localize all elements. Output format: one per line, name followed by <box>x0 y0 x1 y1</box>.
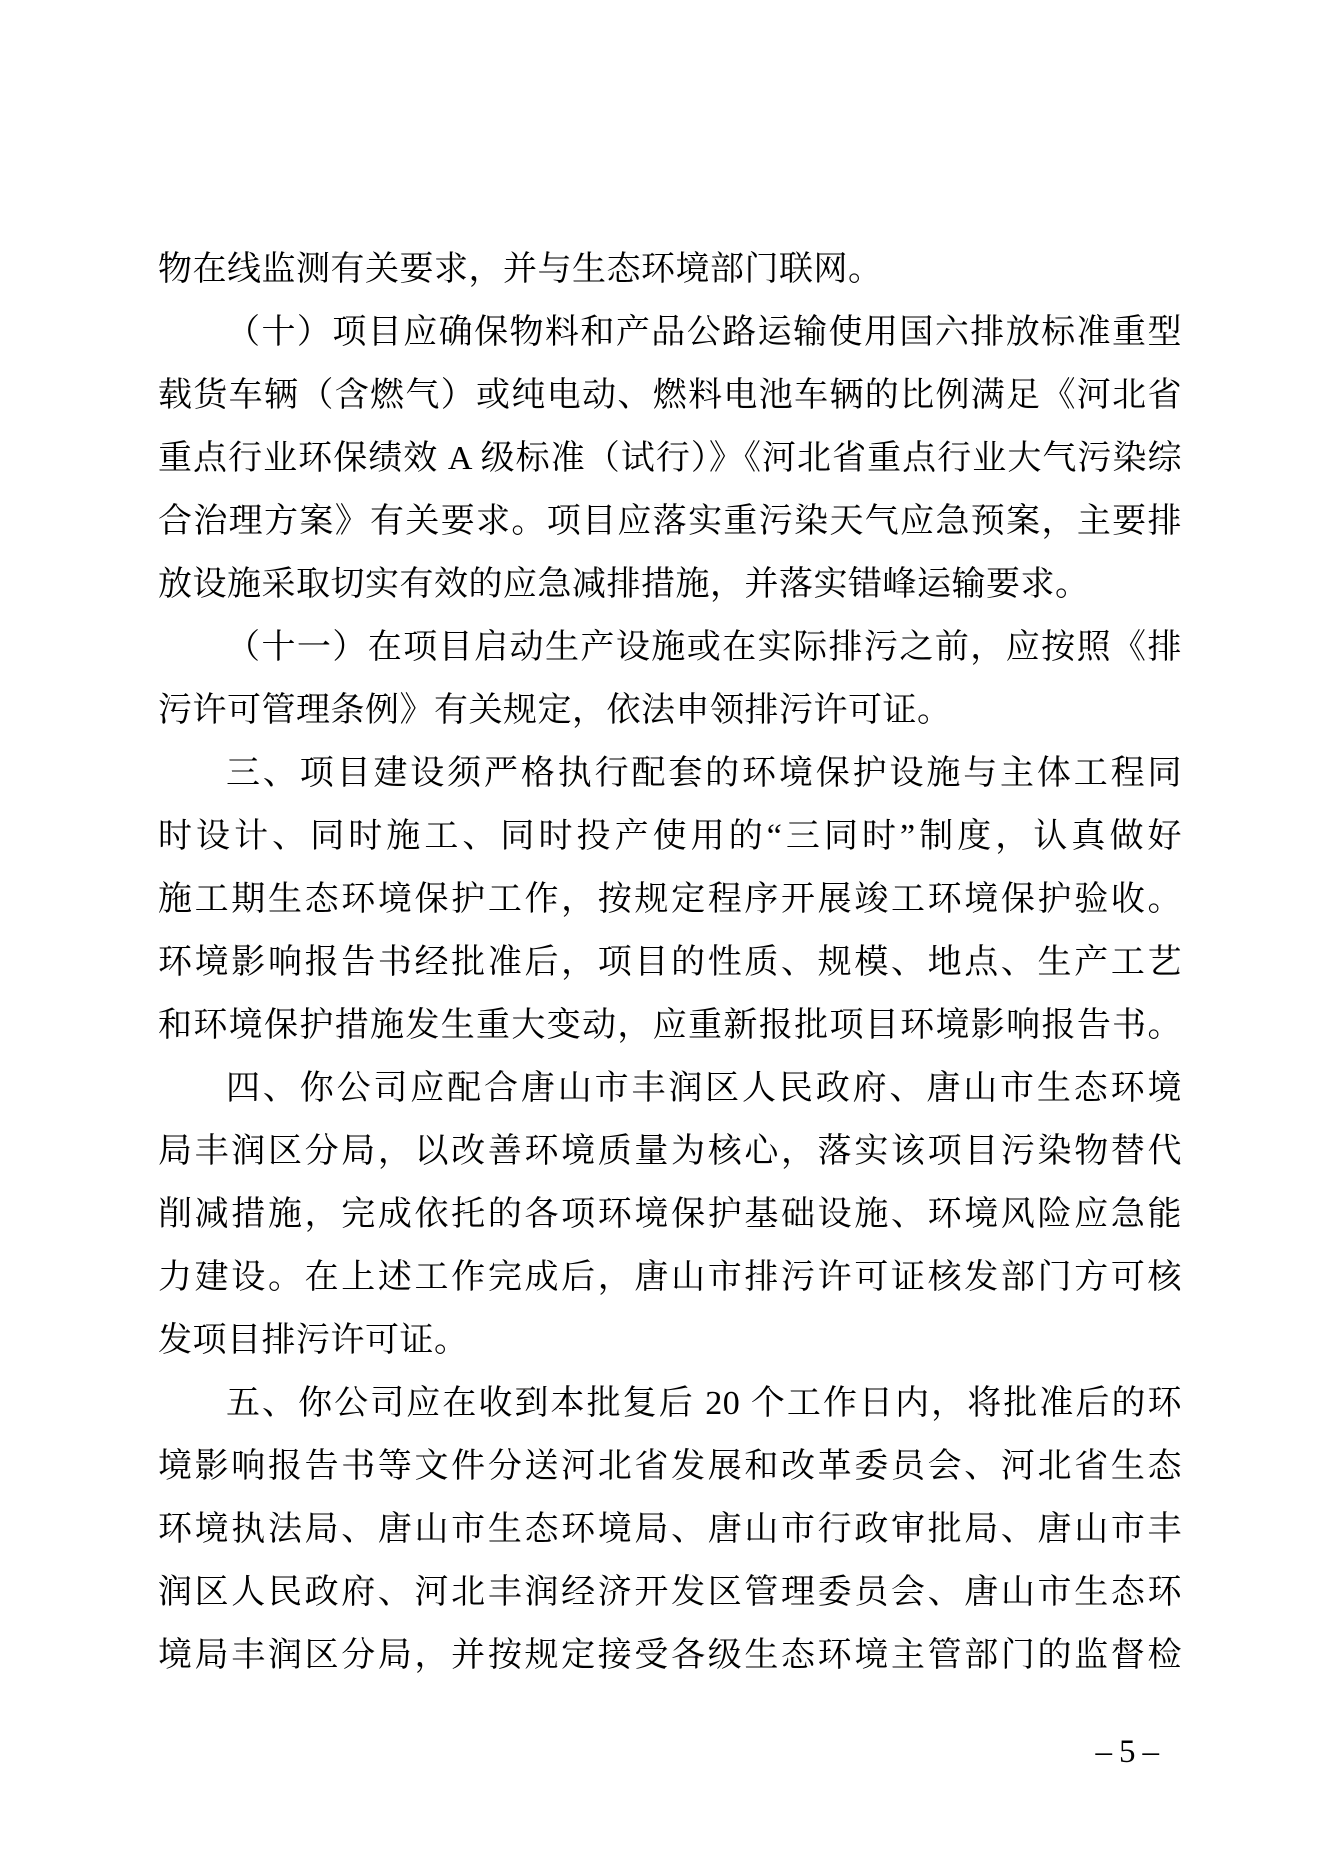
document-line: 环境执法局、唐山市生态环境局、唐山市行政审批局、唐山市丰 <box>158 1498 1182 1561</box>
page-number: –5– <box>1096 1732 1167 1772</box>
document-line: 力建设。在上述工作完成后，唐山市排污许可证核发部门方可核 <box>158 1246 1182 1309</box>
document-line: 五、你公司应在收到本批复后 20 个工作日内，将批准后的环 <box>158 1372 1182 1435</box>
page: 物在线监测有关要求，并与生态环境部门联网。（十）项目应确保物料和产品公路运输使用… <box>0 0 1322 1870</box>
document-line: 和环境保护措施发生重大变动，应重新报批项目环境影响报告书。 <box>158 994 1182 1057</box>
document-line: 境局丰润区分局，并按规定接受各级生态环境主管部门的监督检 <box>158 1624 1182 1687</box>
document-line: 四、你公司应配合唐山市丰润区人民政府、唐山市生态环境 <box>158 1057 1182 1120</box>
document-line: 载货车辆（含燃气）或纯电动、燃料电池车辆的比例满足《河北省 <box>158 364 1182 427</box>
document-line: 物在线监测有关要求，并与生态环境部门联网。 <box>158 238 1182 301</box>
document-line: 污许可管理条例》有关规定，依法申领排污许可证。 <box>158 679 1182 742</box>
document-line: 施工期生态环境保护工作，按规定程序开展竣工环境保护验收。 <box>158 868 1182 931</box>
document-line: 合治理方案》有关要求。项目应落实重污染天气应急预案，主要排 <box>158 490 1182 553</box>
document-line: 削减措施，完成依托的各项环境保护基础设施、环境风险应急能 <box>158 1183 1182 1246</box>
document-line: （十一）在项目启动生产设施或在实际排污之前，应按照《排 <box>158 616 1182 679</box>
document-line: 三、项目建设须严格执行配套的环境保护设施与主体工程同 <box>158 742 1182 805</box>
document-line: 重点行业环保绩效 A 级标准（试行）》《河北省重点行业大气污染综 <box>158 427 1182 490</box>
document-line: （十）项目应确保物料和产品公路运输使用国六排放标准重型 <box>158 301 1182 364</box>
document-line: 发项目排污许可证。 <box>158 1309 1182 1372</box>
document-line: 环境影响报告书经批准后，项目的性质、规模、地点、生产工艺 <box>158 931 1182 994</box>
document-body: 物在线监测有关要求，并与生态环境部门联网。（十）项目应确保物料和产品公路运输使用… <box>158 238 1182 1687</box>
document-line: 润区人民政府、河北丰润经济开发区管理委员会、唐山市生态环 <box>158 1561 1182 1624</box>
document-line: 放设施采取切实有效的应急减排措施，并落实错峰运输要求。 <box>158 553 1182 616</box>
document-line: 局丰润区分局，以改善环境质量为核心，落实该项目污染物替代 <box>158 1120 1182 1183</box>
document-line: 时设计、同时施工、同时投产使用的“三同时”制度，认真做好 <box>158 805 1182 868</box>
document-line: 境影响报告书等文件分送河北省发展和改革委员会、河北省生态 <box>158 1435 1182 1498</box>
